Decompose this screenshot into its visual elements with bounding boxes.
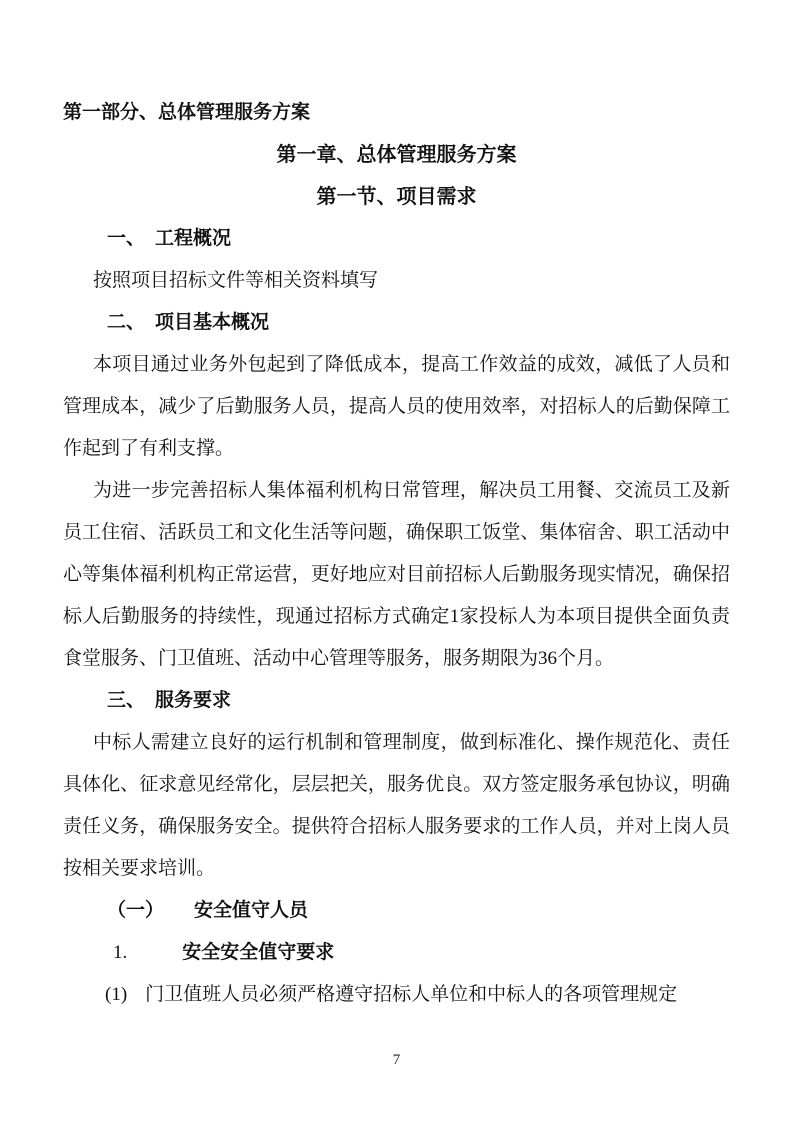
paragraph-line: 按相关要求培训。 (63, 848, 730, 890)
paragraph-line: 按照项目招标文件等相关资料填写 (63, 260, 730, 302)
heading-title: 工程概况 (155, 228, 231, 249)
paragraph-line: 为进一步完善招标人集体福利机构日常管理，解决员工用餐、交流员工及新 (63, 470, 730, 512)
document-page: 第一部分、总体管理服务方案 第一章、总体管理服务方案 第一节、项目需求 一、工程… (0, 0, 793, 1122)
paragraph-line: 具体化、征求意见经常化，层层把关，服务优良。双方签定服务承包协议，明确 (63, 764, 730, 806)
document-content: 第一部分、总体管理服务方案 第一章、总体管理服务方案 第一节、项目需求 一、工程… (63, 92, 730, 1016)
paragraph-line: 食堂服务、门卫值班、活动中心管理等服务，服务期限为36个月。 (63, 638, 730, 680)
subheading-title: 安全安全值守要求 (182, 942, 334, 963)
subheading-security-duty-personnel: （一）安全值守人员 (63, 890, 730, 932)
paragraph-line: 中标人需建立良好的运行机制和管理制度，做到标准化、操作规范化、责任 (63, 722, 730, 764)
subheading-title: 安全值守人员 (194, 900, 308, 921)
list-item-number: (1) (105, 984, 127, 1005)
paragraph-line: 作起到了有利支撑。 (63, 428, 730, 470)
subheading-security-duty-requirements: 1.安全安全值守要求 (63, 932, 730, 974)
paragraph-line: 员工住宿、活跃员工和文化生活等问题，确保职工饭堂、集体宿舍、职工活动中 (63, 512, 730, 554)
heading-project-basic-overview: 二、项目基本概况 (63, 302, 730, 344)
part-heading: 第一部分、总体管理服务方案 (63, 92, 730, 134)
subheading-number: 1. (113, 942, 127, 963)
list-item-text: 门卫值班人员必须严格遵守招标人单位和中标人的各项管理规定 (145, 984, 677, 1005)
heading-number: 一、 (107, 228, 145, 249)
heading-title: 项目基本概况 (155, 312, 269, 333)
page-number: 7 (0, 1052, 793, 1069)
heading-number: 二、 (107, 312, 145, 333)
paragraph-line: 管理成本，减少了后勤服务人员，提高人员的使用效率，对招标人的后勤保障工 (63, 386, 730, 428)
subheading-number: （一） (107, 900, 164, 921)
paragraph-line: 心等集体福利机构正常运营，更好地应对目前招标人后勤服务现实情况，确保招 (63, 554, 730, 596)
paragraph-line: 本项目通过业务外包起到了降低成本，提高工作效益的成效，减低了人员和 (63, 344, 730, 386)
paragraph-line: 责任义务，确保服务安全。提供符合招标人服务要求的工作人员，并对上岗人员 (63, 806, 730, 848)
chapter-heading: 第一章、总体管理服务方案 (63, 134, 730, 176)
heading-title: 服务要求 (155, 690, 231, 711)
heading-service-requirements: 三、服务要求 (63, 680, 730, 722)
paragraph-line: 标人后勤服务的持续性，现通过招标方式确定1家投标人为本项目提供全面负责 (63, 596, 730, 638)
heading-number: 三、 (107, 690, 145, 711)
list-item-1: (1)门卫值班人员必须严格遵守招标人单位和中标人的各项管理规定 (63, 974, 730, 1016)
heading-project-overview: 一、工程概况 (63, 218, 730, 260)
section-heading: 第一节、项目需求 (63, 176, 730, 218)
